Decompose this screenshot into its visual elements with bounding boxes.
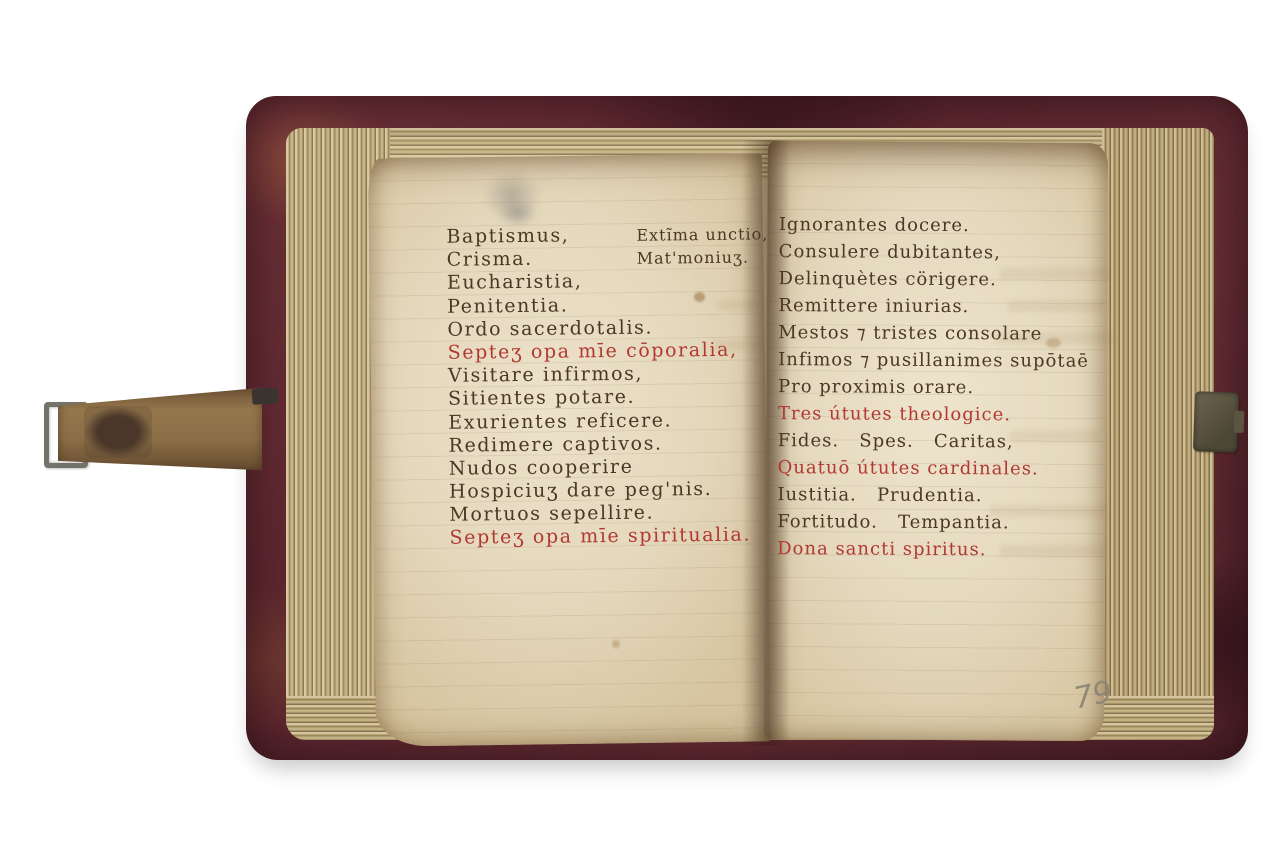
- manuscript-line: Redimere captivos.: [448, 431, 778, 458]
- manuscript-line: Septeʒ opa mīe spiritualia.: [449, 524, 779, 551]
- manuscript-line: Sitientes potare.: [448, 385, 778, 412]
- bleed-through-text: [1010, 430, 1100, 442]
- manuscript-line: Nudos cooperire: [449, 454, 779, 481]
- bleed-through-text: [1000, 545, 1105, 557]
- manuscript-photo: Baptismus,Extĩma unctio,Crisma.Mat'moniu…: [0, 0, 1280, 860]
- manuscript-line-side: Extĩma unctio,: [636, 222, 768, 247]
- clasp-catch: [1193, 391, 1239, 452]
- manuscript-line: Consulere dubitantes,: [779, 238, 1109, 267]
- strap-fitting: [251, 387, 278, 405]
- manuscript-line: Pro proximis orare.: [778, 373, 1108, 402]
- ink-smudge: [498, 200, 538, 228]
- leather-strap: [40, 386, 262, 472]
- left-page-text: Baptismus,Extĩma unctio,Crisma.Mat'moniu…: [446, 222, 779, 550]
- manuscript-line: Mortuos sepellire.: [449, 501, 779, 528]
- bleed-through-text: [714, 340, 760, 350]
- bleed-through-text: [1000, 268, 1110, 280]
- manuscript-line: Tres útutes theologice.: [778, 400, 1108, 429]
- manuscript-line: Eucharistia,: [447, 269, 777, 296]
- manuscript-line: Quatuō útutes cardinales.: [778, 454, 1108, 483]
- manuscript-line: Crisma.Mat'moniuʒ.: [447, 245, 777, 272]
- bleed-through-text: [718, 300, 760, 310]
- manuscript-line: Hospiciuʒ dare peg'nis.: [449, 477, 779, 504]
- manuscript-line: Exurientes reficere.: [448, 408, 778, 435]
- parchment-stain: [694, 292, 705, 302]
- manuscript-line: Baptismus,Extĩma unctio,: [446, 222, 776, 249]
- bleed-through-text: [995, 332, 1115, 344]
- strap-dark-patch: [84, 406, 152, 458]
- manuscript-line: Ordo sacerdotalis.: [447, 315, 777, 342]
- manuscript-line: Infimos ⁊ pusillanimes supōtaē: [778, 346, 1108, 375]
- manuscript-line-side: Mat'moniuʒ.: [637, 246, 750, 270]
- manuscript-line: Visitare infirmos,: [448, 361, 778, 388]
- manuscript-line: Ignorantes docere.: [779, 211, 1109, 240]
- parchment-stain: [612, 640, 620, 648]
- bleed-through-text: [990, 505, 1105, 517]
- bleed-through-text: [1008, 300, 1104, 312]
